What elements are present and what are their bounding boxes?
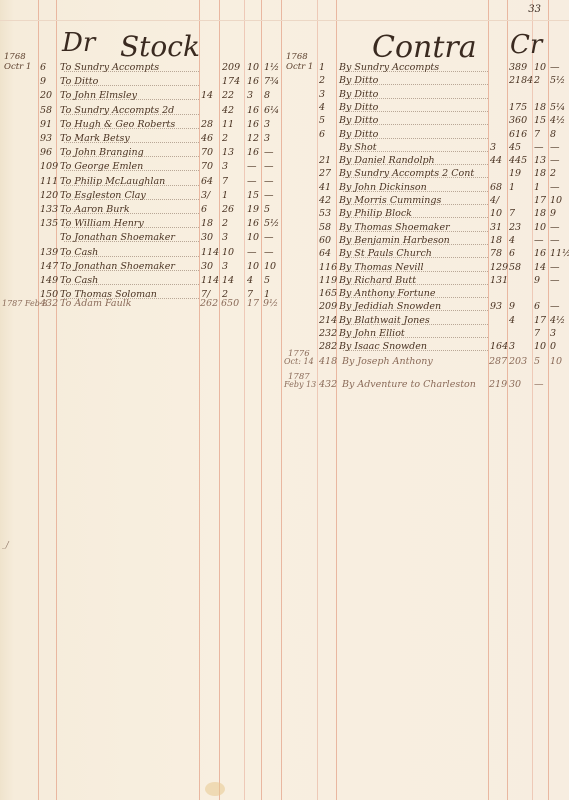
entry-pence: 10 — [550, 354, 562, 370]
entry-description: To Adam Faulk — [60, 296, 132, 312]
credit-entry-row: 282By Isaac Snowden1643100 — [282, 339, 569, 355]
entry-date: Oct: 14 — [284, 354, 314, 370]
entry-description: By Isaac Snowden — [339, 339, 427, 355]
entry-pounds: 30 — [509, 377, 521, 393]
entry-ref: 287 — [489, 354, 507, 370]
entry-ref: 164 — [490, 339, 508, 355]
entry-shillings: 5 — [534, 354, 540, 370]
margin-mark: _/ — [2, 540, 9, 549]
credit-suffix: Cr — [510, 30, 542, 60]
entry-folio: 432 — [40, 296, 58, 312]
entry-ref: 262 — [200, 296, 218, 312]
entry-shillings: — — [534, 377, 544, 393]
entry-date: Feby 13 — [284, 377, 316, 393]
ledger-page: _/ 33 Dr Stock Contra Cr 1768 Octr 1 176… — [0, 0, 569, 800]
entry-pence: 0 — [550, 339, 556, 355]
entry-pence: 9½ — [263, 296, 278, 312]
paper-stain — [205, 782, 225, 796]
entry-shillings: 10 — [534, 339, 546, 355]
debit-prefix: Dr — [62, 28, 95, 58]
entry-folio: 432 — [319, 377, 337, 393]
credit-late-row: Oct: 14 418 By Joseph Anthony 287 203 5 … — [282, 354, 569, 370]
entry-pounds: 3 — [509, 339, 515, 355]
entry-folio: 418 — [319, 354, 337, 370]
entry-description: By Adventure to Charleston — [342, 377, 476, 393]
entry-folio: 282 — [319, 339, 337, 355]
header-rule — [0, 20, 569, 21]
page-number: 33 — [528, 4, 541, 15]
entry-pounds: 203 — [509, 354, 527, 370]
entry-pounds: 650 — [221, 296, 239, 312]
debit-final-row: 1787 Feb 8 432 To Adam Faulk 262 650 17 … — [0, 296, 290, 312]
entry-shillings: 17 — [247, 296, 259, 312]
stock-heading: Stock — [120, 30, 200, 63]
entry-ref: 219 — [489, 377, 507, 393]
entry-description: By Joseph Anthony — [342, 354, 433, 370]
credit-late-row: Feby 13 432 By Adventure to Charleston 2… — [282, 377, 569, 393]
